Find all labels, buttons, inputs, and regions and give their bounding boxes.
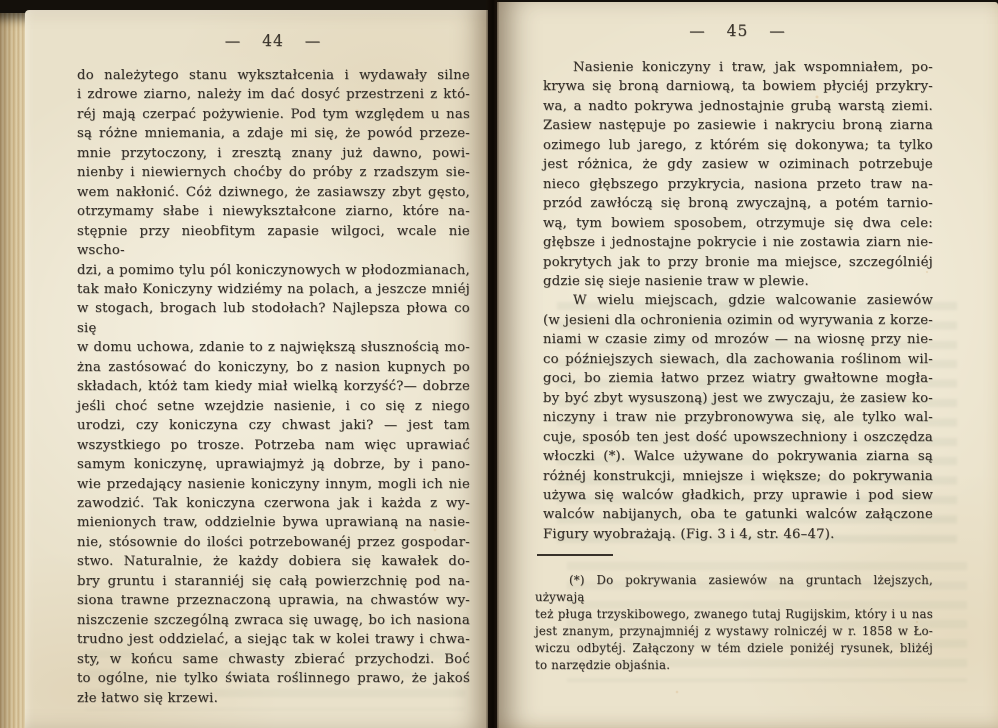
text-line: głębsze i jednostajne pokrycie i nie zos…: [543, 233, 933, 252]
text-line: wą, tym bowiem sposobem, otrzymuje się d…: [543, 214, 933, 233]
text-line: w domu uchowa, zdanie to z największą sł…: [77, 338, 470, 357]
text-line: niczyny i traw nie przybronowywa się, al…: [543, 408, 933, 427]
book-spread: — 44 — do należytego stanu wykształcenia…: [0, 0, 998, 728]
text-line: składach, któż tam kiedy miał wielką kor…: [77, 377, 470, 396]
text-line: żna zastósować do koniczyny, bo z nasion…: [77, 358, 470, 377]
text-line: wiczu odbytéj. Załączony w tém dziele po…: [535, 640, 933, 657]
text-line: nienby i niewiernych choćby do próby z r…: [77, 163, 470, 182]
text-line: stępnie przy nieobfitym zapasie wilgoci,…: [77, 222, 470, 261]
paragraph: Nasienie koniczyny i traw, jak wspomniał…: [543, 58, 933, 291]
text-line: tak mało Koniczyny widziémy na polach, a…: [77, 280, 470, 299]
text-line: otrzymamy słabe i niewykształcone ziarno…: [77, 202, 470, 221]
text-line: goci, bo ziemia łatwo przez wiatry gwałt…: [543, 369, 933, 388]
text-line: siona trawne przeznaczoną uprawia, na ch…: [77, 591, 470, 610]
text-line: krywa się broną darniową, ta bowiem płyc…: [543, 77, 933, 96]
text-line: walców nabijanych, oba te gatunki walców…: [543, 505, 933, 524]
text-line: jeśli choć setne wzejdzie nasienie, i co…: [77, 397, 470, 416]
page-45-footnote: (*) Do pokrywania zasiewów na gruntach l…: [535, 572, 933, 673]
text-line: ozimego lub jarego, z którém się dokonyw…: [543, 136, 933, 155]
page-44-body-text: do należytego stanu wykształcenia i wyda…: [77, 66, 470, 708]
page-44: — 44 — do należytego stanu wykształcenia…: [25, 10, 488, 728]
page-45: — 45 — Nasienie koniczyny i traw, jak ws…: [497, 2, 998, 728]
page-number-44: — 44 —: [77, 32, 469, 50]
page-number-45: — 45 —: [543, 22, 932, 40]
text-line: używa się walców gładkich, przy uprawie …: [543, 486, 933, 505]
text-line: Nasienie koniczyny i traw, jak wspomniał…: [543, 58, 933, 77]
text-line: są różne mniemania, a zdaje mi się, że p…: [77, 124, 470, 143]
text-line: jest znanym, przynajmniéj z wystawy roln…: [535, 623, 933, 640]
footnote-separator: [537, 554, 613, 556]
text-line: pokrytych jak to przy bronie ma miejsce,…: [543, 253, 933, 272]
text-line: jest różnica, że gdy zasiew w oziminach …: [543, 155, 933, 174]
text-line: trudno jest oddzielać, a siejąc tak w ko…: [77, 630, 470, 649]
text-line: wem nakłonić. Cóż dziwnego, że zasiawszy…: [77, 183, 470, 202]
paragraph: (*) Do pokrywania zasiewów na gruntach l…: [535, 572, 933, 673]
text-line: stwo. Naturalnie, że każdy dobiera się k…: [77, 552, 470, 571]
text-line: urodzi, czy koniczyna czy chwast jaki? —…: [77, 416, 470, 435]
text-line: (*) Do pokrywania zasiewów na gruntach l…: [535, 572, 933, 606]
text-line: i zdrowe ziarno, należy im dać dosyć prz…: [77, 85, 470, 104]
text-line: Zasiew następuje po zasiewie i nakryciu …: [543, 116, 933, 135]
text-line: w stogach, brogach lub stodołach? Najlep…: [77, 299, 470, 338]
text-line: zawodzić. Tak koniczyna czerwona jak i k…: [77, 494, 470, 513]
text-line: réj mają czerpać pożywienie. Pod tym wzg…: [77, 105, 470, 124]
text-line: gdzie się sieje nasienie traw w plewie.: [543, 272, 933, 291]
text-line: niami w czasie zimy od mrozów — na wiosn…: [543, 330, 933, 349]
text-line: bry gruntu i staranniéj się całą powierz…: [77, 572, 470, 591]
text-line: sty, w końcu same chwasty zbierać przych…: [77, 650, 470, 669]
text-line: wszystkiego po trosze. Potrzeba nam więc…: [77, 436, 470, 455]
text-line: też pługa trzyskibowego, zwanego tutaj R…: [535, 606, 933, 623]
text-line: do należytego stanu wykształcenia i wyda…: [77, 66, 470, 85]
text-line: wie przedający nasienie koniczyny innym,…: [77, 475, 470, 494]
paragraph: do należytego stanu wykształcenia i wyda…: [77, 66, 470, 708]
text-line: (w jesieni dla ochronienia ozimin od wyr…: [543, 311, 933, 330]
text-line: złe łatwo się krzewi.: [77, 689, 470, 708]
text-line: nieco głębszego przykrycia, nasiona prze…: [543, 175, 933, 194]
text-line: to ogólne, nie tylko świata roślinnego p…: [77, 669, 470, 688]
text-line: W wielu miejscach, gdzie walcowanie zasi…: [543, 291, 933, 310]
text-line: by być zbyt wysuszoną) jest we zwyczaju,…: [543, 389, 933, 408]
text-line: przód zawłóczą się broną zwyczajną, a po…: [543, 194, 933, 213]
text-line: Figury wyobrażają. (Fig. 3 i 4, str. 46–…: [543, 525, 933, 544]
paragraph: W wielu miejscach, gdzie walcowanie zasi…: [543, 291, 933, 544]
text-line: mnie przytoczony, i zresztą znany już da…: [77, 144, 470, 163]
text-line: co późniejszych siewach, dla zachowania …: [543, 350, 933, 369]
text-line: niszczenie szczególną zwraca się uwagę, …: [77, 611, 470, 630]
page-45-body-text: Nasienie koniczyny i traw, jak wspomniał…: [543, 58, 933, 544]
text-line: to narzędzie objaśnia.: [535, 657, 933, 674]
text-line: mienionych traw, oddzielnie bywa uprawia…: [77, 513, 470, 532]
text-line: dzi, a pomimo tylu pól koniczynowych w p…: [77, 261, 470, 280]
text-line: nie, stósownie do ilości potrzebowanéj p…: [77, 533, 470, 552]
text-line: włoczki (*). Walce używane do pokrywania…: [543, 447, 933, 466]
book-gutter: [486, 0, 499, 728]
text-line: samym koniczynę, uprawiajmyż ją dobrze, …: [77, 455, 470, 474]
text-line: różnéj konstrukcji, mniejsze i większe; …: [543, 467, 933, 486]
text-line: cuje, sposób ten jest dość upowszechnion…: [543, 428, 933, 447]
text-line: wa, a nadto pokrywa jednostajnie grubą w…: [543, 97, 933, 116]
